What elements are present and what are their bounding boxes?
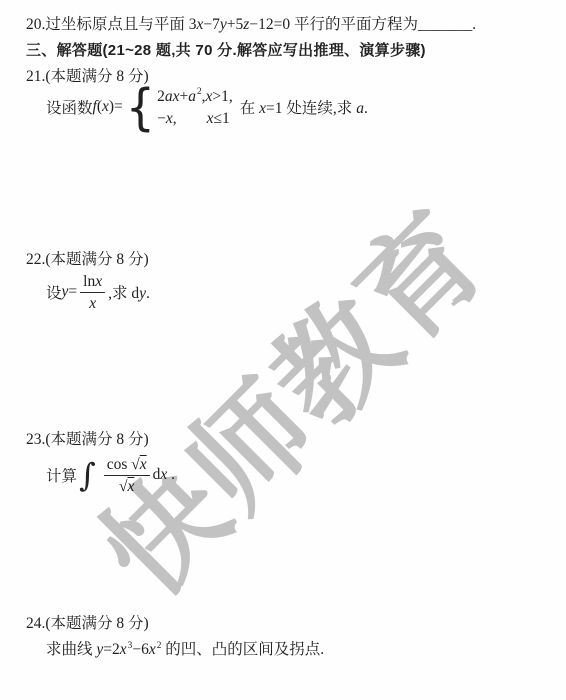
integral-sign: ∫ [79, 459, 96, 491]
problem-20: 20.过坐标原点且与平面 3x−7y+5z−12=0 平行的平面方程为_____… [26, 14, 476, 36]
q21-case-1: 2ax+a2,x>1, [157, 86, 233, 107]
q23-outro: dx . [153, 466, 175, 484]
q23-header-text: 23.(本题满分 8 分) [26, 431, 149, 448]
section-3-title-text: 三、解答题(21~28 题,共 70 分.解答应写出推理、演算步骤) [26, 42, 426, 59]
q22-fraction: lnx x [80, 273, 105, 312]
problem-23-header: 23.(本题满分 8 分) [26, 430, 149, 450]
q23-fraction: cos √x √x [104, 456, 150, 495]
q22-fraction-numerator: lnx [80, 273, 105, 293]
q22-fraction-denominator: x [89, 293, 96, 312]
q20-equation: 3x−7y+5z−12=0 [189, 16, 290, 33]
exam-page: 快师教育 20.过坐标原点且与平面 3x−7y+5z−12=0 平行的平面方程为… [0, 0, 566, 700]
q24-equation: y=2x3−6x2 [96, 641, 161, 658]
problem-22-header: 22.(本题满分 8 分) [26, 250, 149, 270]
q24-outro: 的凹、凸的区间及拐点. [161, 641, 324, 658]
q20-period: . [472, 16, 476, 33]
q23-fraction-denominator: √x [119, 476, 134, 495]
q20-number: 20. [26, 16, 45, 33]
q22-lhs: y= [62, 283, 78, 301]
q20-text-after: 平行的平面方程为 [290, 16, 418, 33]
q24-header-text: 24.(本题满分 8 分) [26, 615, 149, 632]
piecewise-brace: { [126, 82, 155, 132]
q20-text-before: 过坐标原点且与平面 [45, 16, 188, 33]
q23-fraction-numerator: cos √x [104, 456, 150, 476]
problem-22-formula: 设 y= lnx x ,求 dy. [46, 271, 150, 313]
q24-intro: 求曲线 [46, 641, 96, 658]
watermark: 快师教育 [57, 167, 517, 627]
q22-header-text: 22.(本题满分 8 分) [26, 251, 149, 268]
q20-blank-line: _______ [418, 16, 472, 33]
problem-23-formula: 计算 ∫ cos √x √x dx . [46, 449, 175, 501]
q21-case-2: −x,x≤1 [157, 108, 233, 129]
q22-outro: ,求 dy. [108, 281, 150, 303]
q23-intro: 计算 [46, 464, 77, 486]
q21-outro: 在 x=1 处连续,求 a. [240, 96, 368, 118]
q21-function-lhs: f(x)= [93, 98, 123, 116]
problem-21-formula: 设函数 f(x)= { 2ax+a2,x>1, −x,x≤1 在 x=1 处连续… [46, 84, 368, 130]
piecewise-cases: 2ax+a2,x>1, −x,x≤1 [157, 86, 233, 129]
problem-24-header: 24.(本题满分 8 分) [26, 614, 149, 634]
problem-24-line: 求曲线 y=2x3−6x2 的凹、凸的区间及拐点. [46, 639, 324, 661]
section-3-title: 三、解答题(21~28 题,共 70 分.解答应写出推理、演算步骤) [26, 41, 426, 61]
q21-intro: 设函数 [46, 96, 93, 118]
q22-intro: 设 [46, 281, 62, 303]
